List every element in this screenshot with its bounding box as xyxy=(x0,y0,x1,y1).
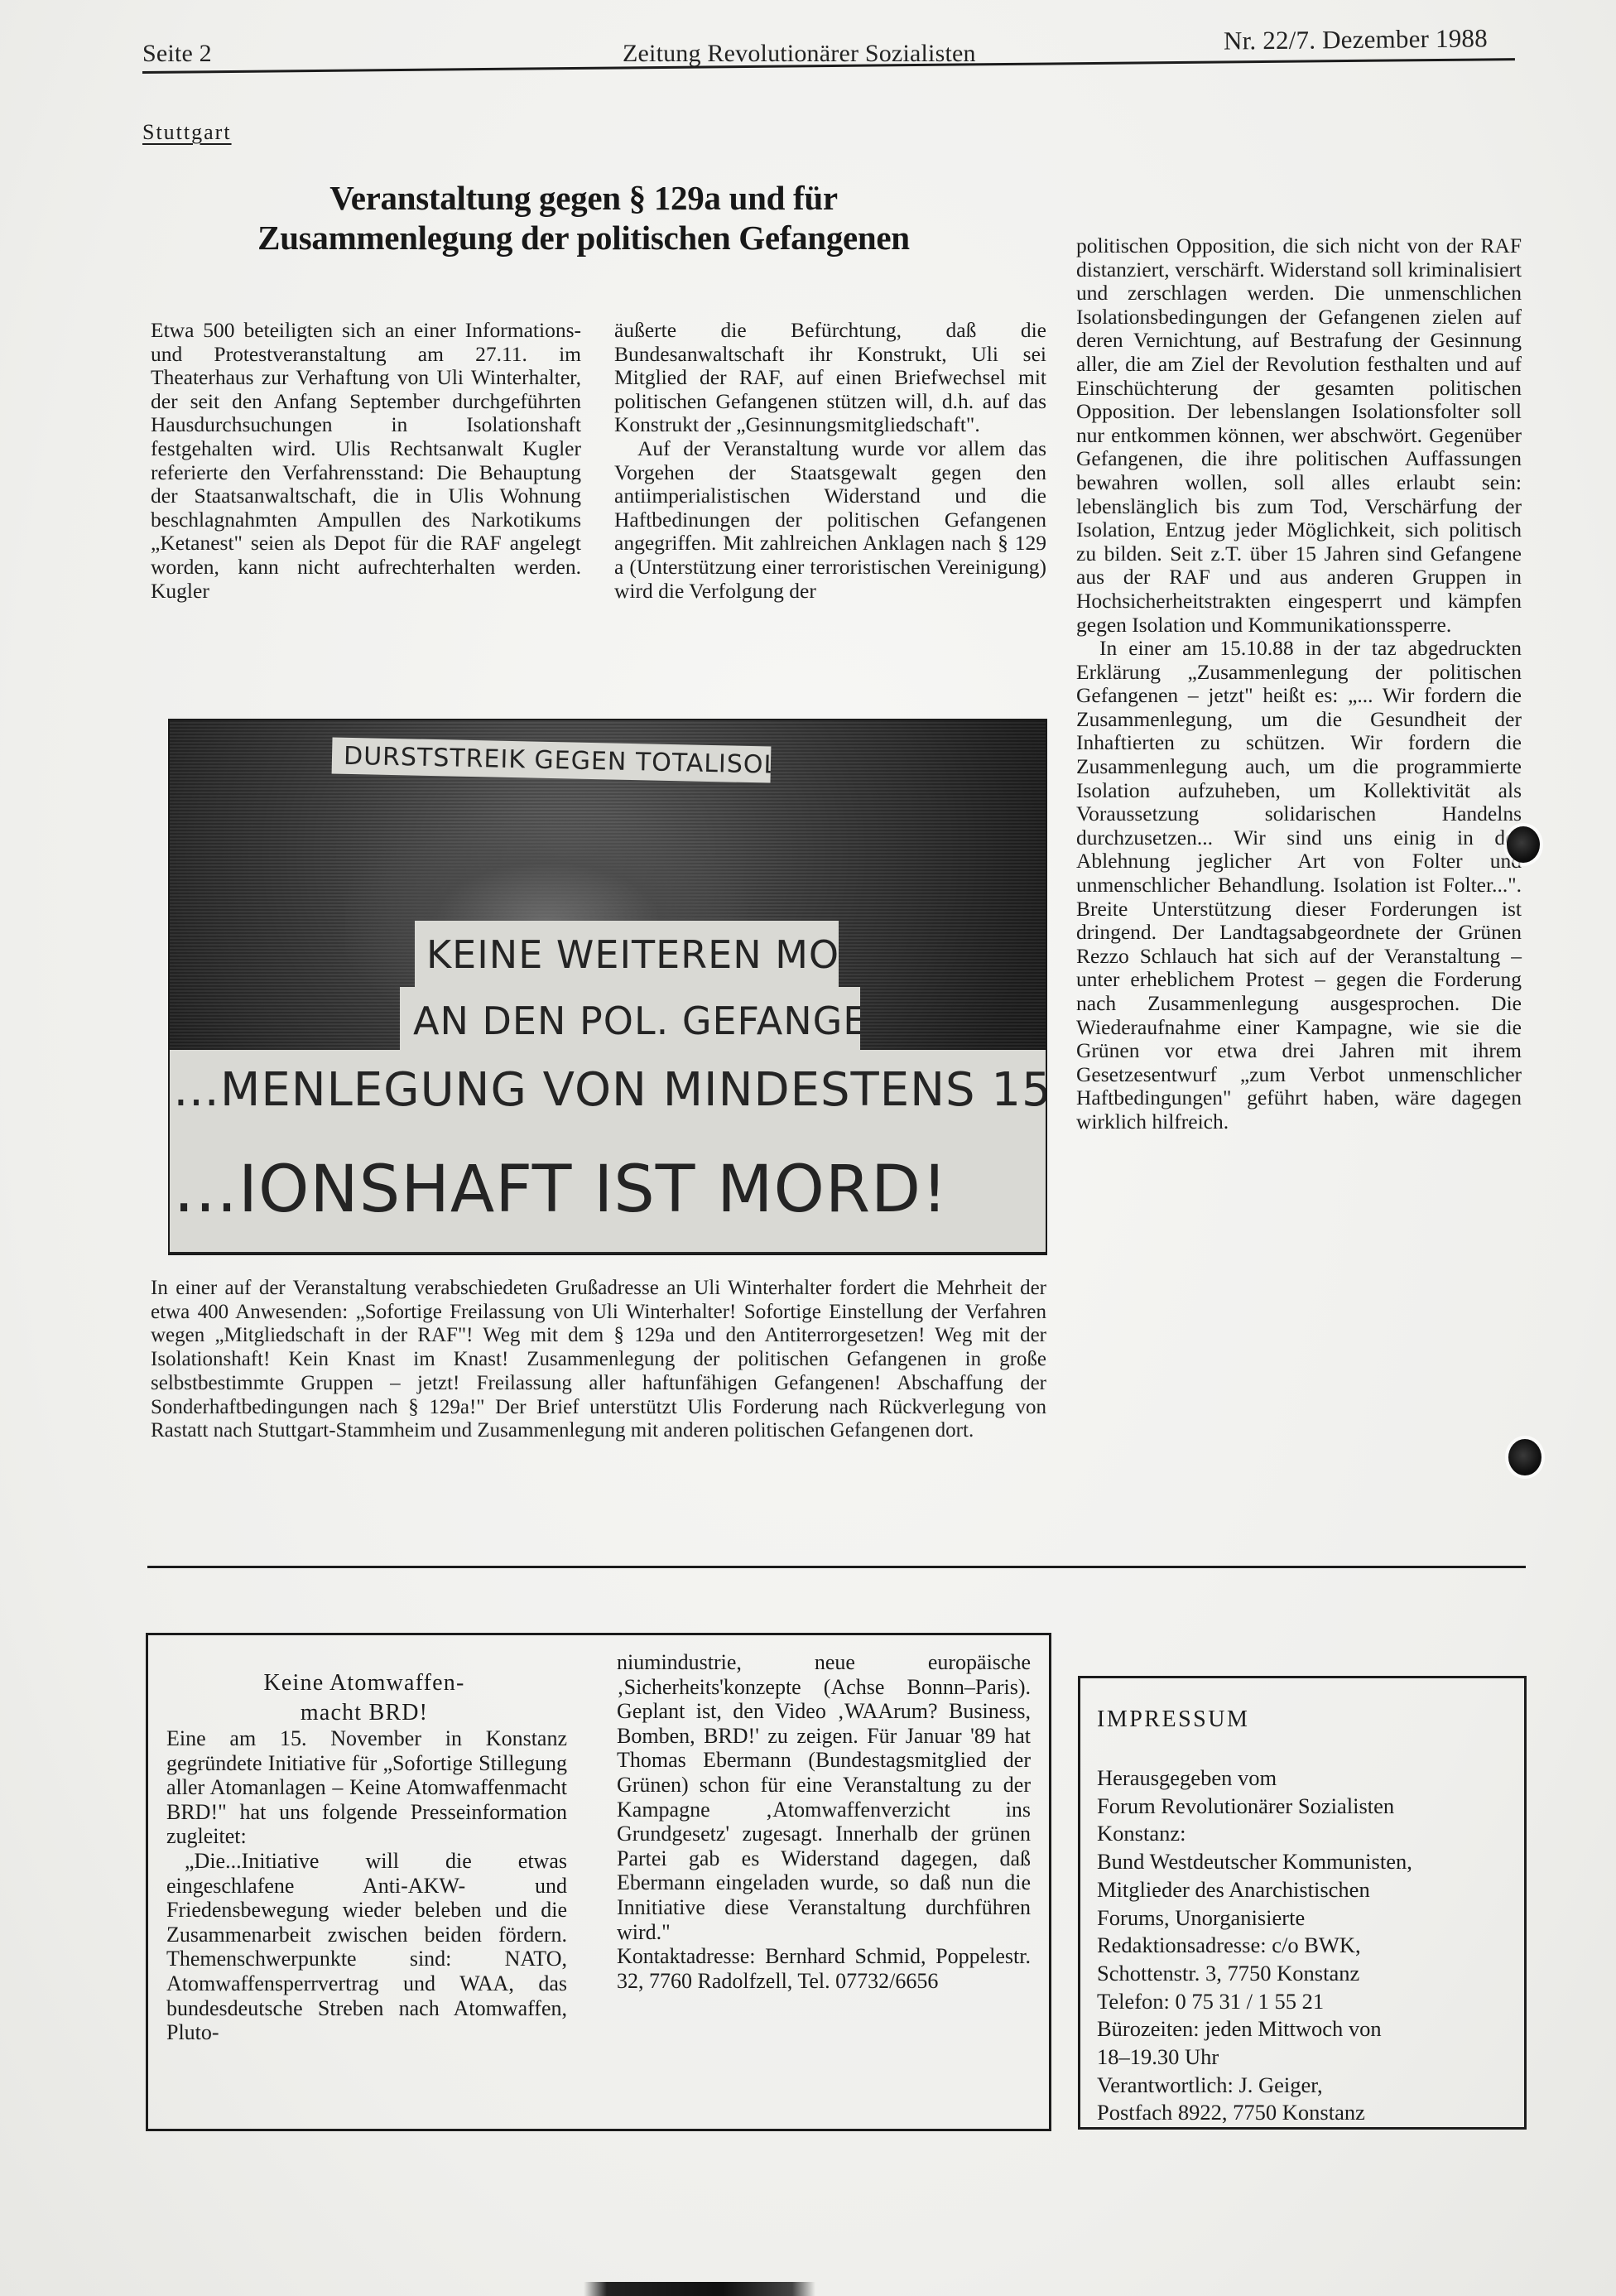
paragraph: Auf der Veranstaltung wurde vor allem da… xyxy=(614,437,1046,603)
box-title-line-1: Keine Atomwaffen- xyxy=(148,1668,580,1698)
article-column-3: politischen Opposition, die sich nicht v… xyxy=(1076,234,1522,1134)
paragraph: politischen Opposition, die sich nicht v… xyxy=(1076,234,1522,637)
impressum-line: Telefon: 0 75 31 / 1 55 21 xyxy=(1097,1988,1519,2016)
punch-hole-icon xyxy=(1508,1439,1541,1475)
impressum-box: IMPRESSUM Herausgegeben vom Forum Revolu… xyxy=(1078,1676,1527,2130)
atomwaffen-column-2: niumindustrie, neue europäische ‚Sicherh… xyxy=(617,1650,1031,1993)
impressum-title: IMPRESSUM xyxy=(1097,1706,1249,1733)
impressum-lines: Herausgegeben vom Forum Revolutionärer S… xyxy=(1097,1764,1519,2127)
issue-date: Nr. 22/7. Dezember 1988 xyxy=(1224,23,1488,55)
scan-smudge xyxy=(584,2282,815,2296)
impressum-line: 18–19.30 Uhr xyxy=(1097,2043,1519,2072)
paragraph: äußerte die Befürchtung, daß die Bundesa… xyxy=(614,319,1046,437)
impressum-line: Konstanz: xyxy=(1097,1820,1519,1848)
section-divider xyxy=(147,1566,1526,1568)
impressum-line: Forums, Unorganisierte xyxy=(1097,1904,1519,1933)
impressum-line: Verantwortlich: J. Geiger, xyxy=(1097,2072,1519,2100)
article-column-1: Etwa 500 beteiligten sich an einer Infor… xyxy=(151,319,581,603)
headline-line-2: Zusammenlegung der politischen Gefangene… xyxy=(178,218,989,258)
impressum-line: Mitglieder des Anarchistischen xyxy=(1097,1876,1519,1904)
impressum-line: Forum Revolutionärer Sozialisten xyxy=(1097,1793,1519,1821)
paragraph: Etwa 500 beteiligten sich an einer Infor… xyxy=(151,319,581,603)
punch-hole-icon xyxy=(1507,826,1540,863)
banner-zusammenlegung: …MENLEGUNG VON MINDESTENS 15 POL. GEF… xyxy=(170,1050,1047,1129)
atomwaffen-box-title: Keine Atomwaffen- macht BRD! xyxy=(148,1668,580,1728)
paragraph: „Die...Initiative will die etwas eingesc… xyxy=(166,1849,567,2045)
impressum-line: Herausgegeben vom xyxy=(1097,1764,1519,1793)
paragraph: niumindustrie, neue europäische ‚Sicherh… xyxy=(617,1650,1031,1944)
impressum-line: Schottenstr. 3, 7750 Konstanz xyxy=(1097,1960,1519,1988)
paragraph: In einer am 15.10.88 in der taz abgedruc… xyxy=(1076,637,1522,1134)
atomwaffen-box: Keine Atomwaffen- macht BRD! Eine am 15.… xyxy=(146,1633,1051,2131)
banner-pol-gefangenen: AN DEN POL. GEFANGENEN xyxy=(400,987,860,1055)
impressum-line: Postfach 8922, 7750 Konstanz xyxy=(1097,2099,1519,2127)
article-column-2: äußerte die Befürchtung, daß die Bundesa… xyxy=(614,319,1046,603)
banner-isolationshaft-mord: …IONSHAFT IST MORD! xyxy=(170,1128,1047,1252)
impressum-line: Bund Westdeutscher Kommunisten, xyxy=(1097,1848,1519,1876)
banner-keine-morde: KEINE WEITEREN MORDE xyxy=(415,921,839,989)
photo-caption: In einer auf der Veranstaltung verabschi… xyxy=(151,1277,1046,1443)
atomwaffen-column-1: Eine am 15. November in Konstanz gegründ… xyxy=(166,1726,567,2045)
headline-line-1: Veranstaltung gegen § 129a und für xyxy=(178,178,989,218)
page-number: Seite 2 xyxy=(142,40,212,68)
contact-address: Kontaktadresse: Bernhard Schmid, Poppele… xyxy=(617,1944,1031,1993)
impressum-line: Bürozeiten: jeden Mittwoch von xyxy=(1097,2015,1519,2043)
box-title-line-2: macht BRD! xyxy=(148,1698,580,1728)
impressum-line: Redaktionsadresse: c/o BWK, xyxy=(1097,1932,1519,1960)
article-headline: Veranstaltung gegen § 129a und für Zusam… xyxy=(178,178,989,258)
newspaper-page: Seite 2 Zeitung Revolutionärer Sozialist… xyxy=(0,0,1616,2296)
protest-banner-photo: DURSTSTREIK gegen TOTALISOLATION KEINE W… xyxy=(168,719,1047,1255)
paragraph: Eine am 15. November in Konstanz gegründ… xyxy=(166,1726,567,1849)
article-location-kicker: Stuttgart xyxy=(142,120,232,145)
